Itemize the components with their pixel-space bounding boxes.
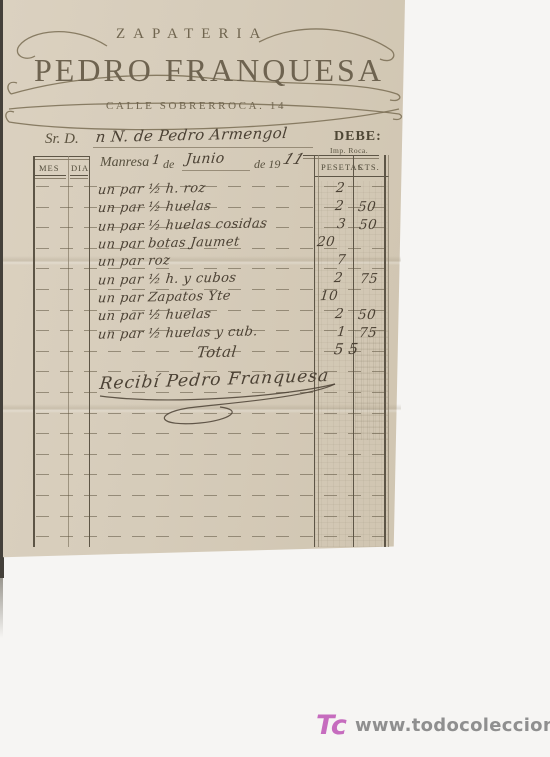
watermark: Tc www.todocoleccion.net	[316, 710, 550, 741]
line-item-pesetas: 7	[336, 252, 347, 268]
debit-label: DEBE:	[334, 129, 382, 145]
line-item-desc: un par roz	[97, 253, 171, 270]
month-handwritten: Junio	[185, 151, 225, 168]
date-de2: de 19	[254, 157, 280, 172]
watermark-url: www.todocoleccion.net	[355, 715, 550, 736]
scanned-invoice-image: ZAPATERIA PEDRO FRANQUESA CALLE SOBRERRO…	[0, 0, 550, 757]
place-label: Manresa	[100, 155, 149, 171]
line-item-pesetas: 3	[336, 216, 347, 232]
column-header-mes: MES	[39, 163, 59, 173]
line-item-cts: 50	[358, 217, 378, 233]
line-item-desc: un par botas Jaumet	[97, 235, 240, 253]
address-line: CALLE SOBRERROCA. 14	[106, 100, 286, 112]
day-handwritten: 1	[151, 153, 161, 168]
line-item-cts: 50	[357, 307, 377, 323]
line-item-desc: un par ½ huelas	[97, 307, 212, 324]
shop-type-title: ZAPATERIA	[116, 26, 268, 43]
line-item-pesetas: 1	[336, 324, 347, 340]
owner-name-title: PEDRO FRANQUESA	[34, 52, 384, 89]
line-item-desc: un par ½ huelas	[97, 199, 212, 216]
line-item-desc: un par ½ h. y cubos	[97, 271, 237, 289]
line-item-cts: 75	[359, 271, 379, 287]
signature-flourish	[92, 382, 342, 432]
printer-imprint: Imp. Roca.	[330, 146, 368, 155]
line-item-pesetas: 2	[335, 180, 346, 196]
salutation-label: Sr. D.	[45, 131, 79, 148]
customer-name-rule	[93, 147, 313, 148]
date-de1: de	[163, 157, 174, 172]
line-item-cts: 75	[358, 325, 378, 341]
column-header-cts: CTS.	[358, 162, 380, 172]
line-item-desc: un par Zapatos Yte	[97, 289, 232, 307]
total-pesetas-handwritten: 55	[333, 340, 364, 359]
line-item-pesetas: 2	[334, 198, 345, 214]
column-header-pesetas: PESETAS	[321, 162, 363, 172]
line-item-pesetas: 20	[316, 234, 336, 250]
column-header-dia: DIA	[71, 163, 89, 173]
scan-edge-shadow-fade	[0, 578, 3, 638]
line-item-cts: 50	[357, 199, 377, 215]
total-label-handwritten: Total	[196, 343, 238, 362]
line-item-pesetas: 2	[334, 306, 345, 322]
todocoleccion-logo-icon: Tc	[316, 710, 347, 741]
line-item-pesetas: 2	[333, 270, 344, 286]
line-item-pesetas: 10	[319, 288, 339, 304]
line-item-desc: un par ½ h. roz	[97, 181, 206, 198]
